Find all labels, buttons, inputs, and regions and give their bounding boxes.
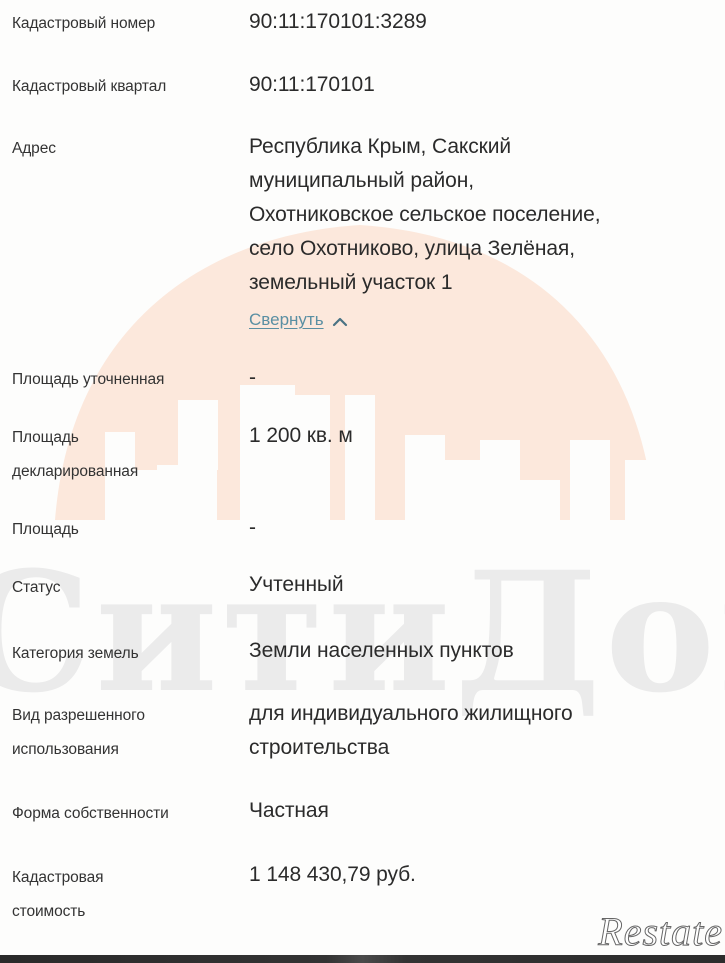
chevron-up-icon[interactable] xyxy=(330,312,350,332)
restate-watermark: Restate xyxy=(598,908,723,955)
field-value: 90:11:170101 xyxy=(249,68,709,102)
field-value-line: земельный участок 1 xyxy=(249,266,709,300)
field-value: - xyxy=(249,361,709,395)
collapse-toggle[interactable]: Свернуть xyxy=(0,310,725,334)
field-value-line: Республика Крым, Сакский xyxy=(249,130,709,164)
field-label: Статус xyxy=(12,572,242,604)
status-value: Учтенный xyxy=(249,568,709,602)
field-label-line: Кадастровая xyxy=(12,862,242,894)
field-value: Земли населенных пунктов xyxy=(249,634,709,668)
field-label: Площадь xyxy=(12,514,242,546)
field-label-line: Площадь xyxy=(12,422,242,454)
field-value: 1 148 430,79 руб. xyxy=(249,858,709,892)
field-value: 90:11:170101:3289 xyxy=(249,5,709,39)
field-label-line: Вид разрешенного xyxy=(12,700,242,732)
field-label: Форма собственности xyxy=(12,798,242,830)
field-label: Площадь уточненная xyxy=(12,364,242,396)
field-value-line: Охотниковское сельское поселение, xyxy=(249,198,709,232)
field-label-line: декларированная xyxy=(12,456,242,488)
field-label: Адрес xyxy=(12,133,242,165)
field-value-line: муниципальный район, xyxy=(249,164,709,198)
bottom-bar xyxy=(0,955,725,963)
field-label-line: использования xyxy=(12,734,242,766)
field-value-line: строительства xyxy=(249,731,709,765)
collapse-link[interactable]: Свернуть xyxy=(249,310,324,330)
field-label: Кадастровый квартал xyxy=(12,71,242,103)
field-label: Кадастровый номер xyxy=(12,8,242,40)
field-value: Частная xyxy=(249,794,709,828)
field-value-line: село Охотниково, улица Зелёная, xyxy=(249,232,709,266)
field-label-line: стоимость xyxy=(12,896,242,928)
field-value: - xyxy=(249,511,709,545)
field-label: Категория земель xyxy=(12,638,242,670)
field-value-line: для индивидуального жилищного xyxy=(249,697,709,731)
field-value: 1 200 кв. м xyxy=(249,419,709,453)
